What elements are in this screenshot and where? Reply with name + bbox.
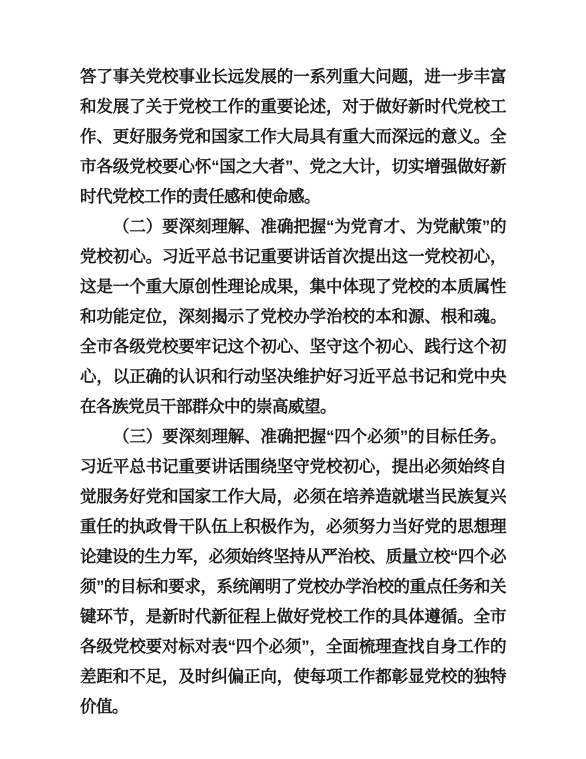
paragraph-continuation: 答了事关党校事业长远发展的一系列重大问题，进一步丰富和发展了关于党校工作的重要论… [80, 62, 506, 212]
paragraph-section-three: （三）要深刻理解、准确把握“四个必须”的目标任务。习近平总书记重要讲话围绕坚守党… [80, 422, 506, 722]
document-page: 答了事关党校事业长远发展的一系列重大问题，进一步丰富和发展了关于党校工作的重要论… [0, 0, 586, 759]
paragraph-section-two: （二）要深刻理解、准确把握“为党育才、为党献策”的党校初心。习近平总书记重要讲话… [80, 212, 506, 422]
document-text-block: 答了事关党校事业长远发展的一系列重大问题，进一步丰富和发展了关于党校工作的重要论… [80, 62, 506, 722]
